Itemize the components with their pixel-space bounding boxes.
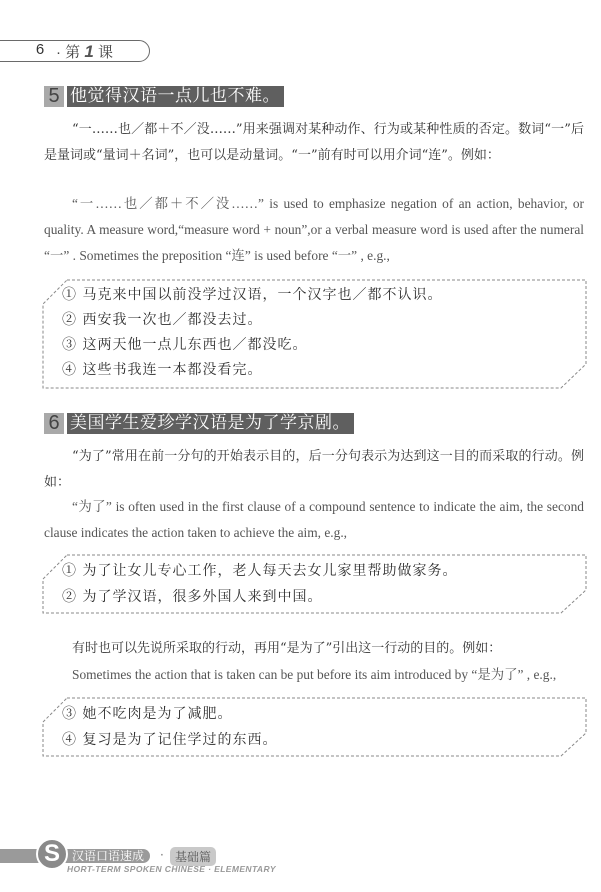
example-item: ① 马克来中国以前没学过汉语，一个汉字也／都不认识。 — [62, 284, 442, 304]
section-6-explanation2-en: Sometimes the action that is taken can b… — [72, 662, 592, 688]
lesson-suffix: 课 — [98, 44, 113, 61]
section-6-explanation-en: “为了” is often used in the first clause o… — [44, 494, 584, 546]
example-item: ④ 复习是为了记住学过的东西。 — [62, 729, 277, 749]
series-logo-icon: S — [36, 838, 68, 870]
section-5-heading: 5 他觉得汉语一点儿也不难。 — [44, 86, 284, 107]
footer-separator: · — [160, 848, 164, 862]
example-item: ② 西安我一次也／都没去过。 — [62, 309, 262, 329]
series-title-en: HORT-TERM SPOKEN CHINESE · ELEMENTARY — [67, 864, 276, 874]
section-6-example-box-1: ① 为了让女儿专心工作，老人每天去女儿家里帮助做家务。 ② 为了学汉语，很多外国… — [42, 554, 587, 614]
section-6-explanation2-cn: 有时也可以先说所采取的行动，再用“是为了”引出这一行动的目的。例如： — [72, 636, 587, 662]
section-title: 美国学生爱珍学汉语是为了学京剧。 — [67, 413, 354, 434]
lesson-number: 1 — [84, 42, 93, 61]
section-6-example-box-2: ③ 她不吃肉是为了减肥。 ④ 复习是为了记住学过的东西。 — [42, 697, 587, 757]
lesson-prefix: · 第 — [56, 44, 80, 61]
section-5-explanation-en: “一……也／都＋不／没……” is used to emphasize nega… — [44, 191, 584, 269]
section-number: 6 — [44, 413, 64, 434]
example-item: ② 为了学汉语，很多外国人来到中国。 — [62, 586, 322, 606]
example-item: ④ 这些书我连一本都没看完。 — [62, 359, 262, 379]
series-title-cn: 汉语口语速成 — [72, 849, 144, 863]
section-6-heading: 6 美国学生爱珍学汉语是为了学京剧。 — [44, 413, 354, 434]
example-item: ③ 她不吃肉是为了减肥。 — [62, 703, 232, 723]
section-number: 5 — [44, 86, 64, 107]
example-item: ① 为了让女儿专心工作，老人每天去女儿家里帮助做家务。 — [62, 560, 457, 580]
page-number: 6 — [30, 41, 50, 58]
lesson-label: · 第 1 课 — [56, 41, 113, 62]
section-6-explanation-cn: “为了”常用在前一分句的开始表示目的，后一分句表示为达到这一目的而采取的行动。例… — [44, 444, 584, 496]
section-5-explanation-cn: “一……也／都＋不／没……”用来强调对某种动作、行为或某种性质的否定。数词“一”… — [44, 117, 584, 169]
section-title: 他觉得汉语一点儿也不难。 — [67, 86, 284, 107]
example-item: ③ 这两天他一点儿东西也／都没吃。 — [62, 334, 307, 354]
section-5-example-box: ① 马克来中国以前没学过汉语，一个汉字也／都不认识。 ② 西安我一次也／都没去过… — [42, 279, 587, 389]
